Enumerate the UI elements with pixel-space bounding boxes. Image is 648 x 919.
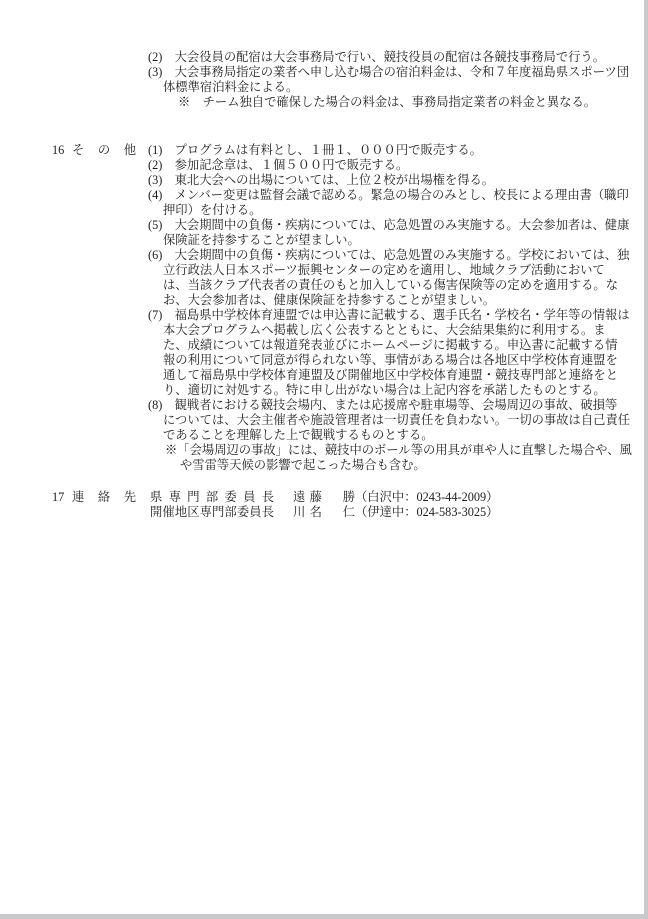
- page-content: (2) 大会役員の配宿は大会事務局で行い、競技役員の配宿は各競技事務局で行う。 …: [0, 0, 644, 520]
- section-16-items: (1) プログラムは有料とし、１冊１、０００円で販売する。 (2) 参加記念章は…: [148, 143, 644, 473]
- contact-role: 県専門部委員長: [150, 490, 274, 505]
- list-item: (5) 大会期間中の負傷・疾病については、応急処置のみ実施する。大会参加者は、健…: [148, 218, 644, 248]
- section-15-continuation: (2) 大会役員の配宿は大会事務局で行い、競技役員の配宿は各競技事務局で行う。 …: [148, 50, 644, 110]
- list-item: (8) 観戦者における競技会場内、または応援席や駐車場等、会場周辺の事故、破損等…: [148, 398, 644, 443]
- list-item: (2) 大会役員の配宿は大会事務局で行い、競技役員の配宿は各競技事務局で行う。: [148, 50, 644, 65]
- section-number: 16: [52, 143, 72, 158]
- list-item: (4) メンバー変更は監督会議で認める。緊急の場合のみとし、校長による理由書（職…: [148, 188, 644, 218]
- list-item: (6) 大会期間中の負傷・疾病については、応急処置のみ実施する。学校においては、…: [148, 248, 644, 308]
- section-label: 連絡先: [72, 490, 136, 505]
- list-item: (7) 福島県中学校体育連盟では申込書に記載する、選手氏名・学校名・学年等の情報…: [148, 308, 644, 398]
- section-16-others: 16 その他 (1) プログラムは有料とし、１冊１、０００円で販売する。 (2)…: [0, 143, 644, 473]
- contact-name: 遠藤 勝: [293, 490, 355, 505]
- note-line: ※「会場周辺の事故」には、競技中のボール等の用具が車や人に直撃した場合や、風 や…: [165, 443, 644, 473]
- contact-phone: （伊達中：024-583-3025）: [355, 505, 498, 520]
- note-line: ※ チーム独自で確保した場合の料金は、事務局指定業者の料金と異なる。: [178, 95, 644, 110]
- contact-row: 県専門部委員長 遠藤 勝 （白沢中：0243-44-2009）: [150, 490, 498, 505]
- contact-list: 県専門部委員長 遠藤 勝 （白沢中：0243-44-2009） 開催地区専門部委…: [150, 490, 498, 520]
- contact-role: 開催地区専門部委員長: [150, 505, 274, 520]
- contact-row: 開催地区専門部委員長 川名 仁 （伊達中：024-583-3025）: [150, 505, 498, 520]
- list-item: (3) 東北大会への出場については、上位２校が出場権を得る。: [148, 173, 644, 188]
- document-page: (2) 大会役員の配宿は大会事務局で行い、競技役員の配宿は各競技事務局で行う。 …: [0, 0, 648, 919]
- list-item: (2) 参加記念章は、１個５００円で販売する。: [148, 158, 644, 173]
- section-17-contacts: 17 連絡先 県専門部委員長 遠藤 勝 （白沢中：0243-44-2009） 開…: [0, 490, 644, 520]
- section-number: 17: [52, 490, 72, 505]
- contact-name: 川名 仁: [293, 505, 355, 520]
- section-label: その他: [72, 143, 136, 158]
- contact-phone: （白沢中：0243-44-2009）: [355, 490, 498, 505]
- list-item: (3) 大会事務局指定の業者へ申し込む場合の宿泊料金は、令和７年度福島県スポーツ…: [148, 65, 644, 95]
- list-item: (1) プログラムは有料とし、１冊１、０００円で販売する。: [148, 143, 644, 158]
